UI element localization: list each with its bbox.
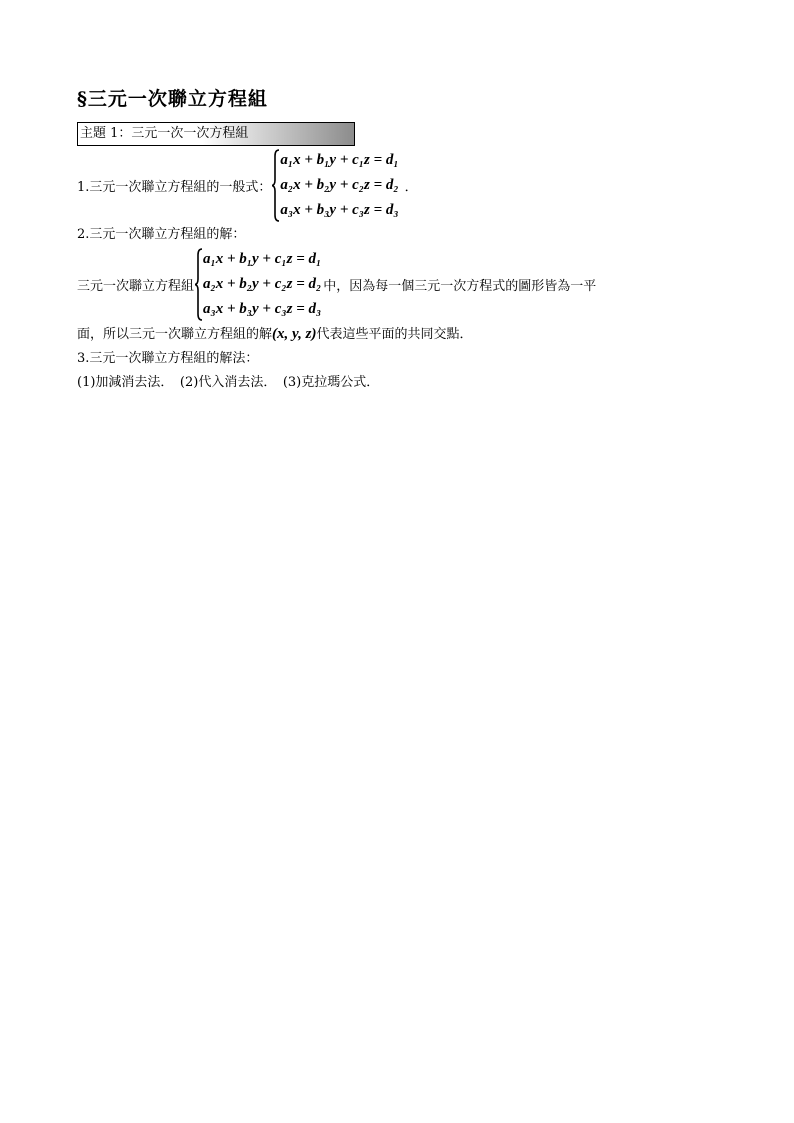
section-3-methods: (1)加減消去法． (2)代入消去法． (3)克拉瑪公式． [77, 371, 717, 395]
section-2-suffix: 中，因為每一個三元一次方程式的圖形皆為一平 [323, 275, 596, 294]
topic-heading: 主題 1：三元一次一次方程組 [77, 122, 355, 146]
equation-3: a₃x + b₃y + c₃z = d₃ [280, 198, 398, 223]
section-2-label: 2.三元一次聯立方程組的解： [77, 223, 717, 247]
section-1-label: 1.三元一次聯立方程組的一般式： [77, 176, 271, 195]
equation-2: a₂x + b₂y + c₂z = d₂ [203, 272, 321, 297]
document-page: §三元一次聯立方程組 主題 1：三元一次一次方程組 1.三元一次聯立方程組的一般… [77, 84, 717, 395]
equation-system-1: a₁x + b₁y + c₁z = d₁ a₂x + b₂y + c₂z = d… [272, 148, 398, 223]
left-brace-icon [272, 148, 280, 223]
left-brace-icon [195, 247, 203, 322]
equation-1: a₁x + b₁y + c₁z = d₁ [203, 247, 321, 272]
section-1: 1.三元一次聯立方程組的一般式： a₁x + b₁y + c₁z = d₁ a₂… [77, 148, 717, 223]
section-2-prefix: 三元一次聯立方程組 [77, 275, 194, 294]
period: ． [405, 176, 418, 195]
page-title: §三元一次聯立方程組 [77, 84, 717, 111]
text: 代表這些平面的共同交點． [316, 327, 472, 342]
section-3-label: 3.三元一次聯立方程組的解法： [77, 347, 717, 371]
equation-1: a₁x + b₁y + c₁z = d₁ [280, 148, 398, 173]
text: 面，所以三元一次聯立方程組的解 [77, 327, 272, 342]
equation-3: a₃x + b₃y + c₃z = d₃ [203, 297, 321, 322]
solution-tuple: (x, y, z) [272, 326, 316, 342]
equation-2: a₂x + b₂y + c₂z = d₂ [280, 173, 398, 198]
section-2: 三元一次聯立方程組 a₁x + b₁y + c₁z = d₁ a₂x + b₂y… [77, 247, 717, 322]
section-2-line-2: 面，所以三元一次聯立方程組的解(x, y, z)代表這些平面的共同交點． [77, 322, 717, 347]
equation-system-2: a₁x + b₁y + c₁z = d₁ a₂x + b₂y + c₂z = d… [195, 247, 321, 322]
